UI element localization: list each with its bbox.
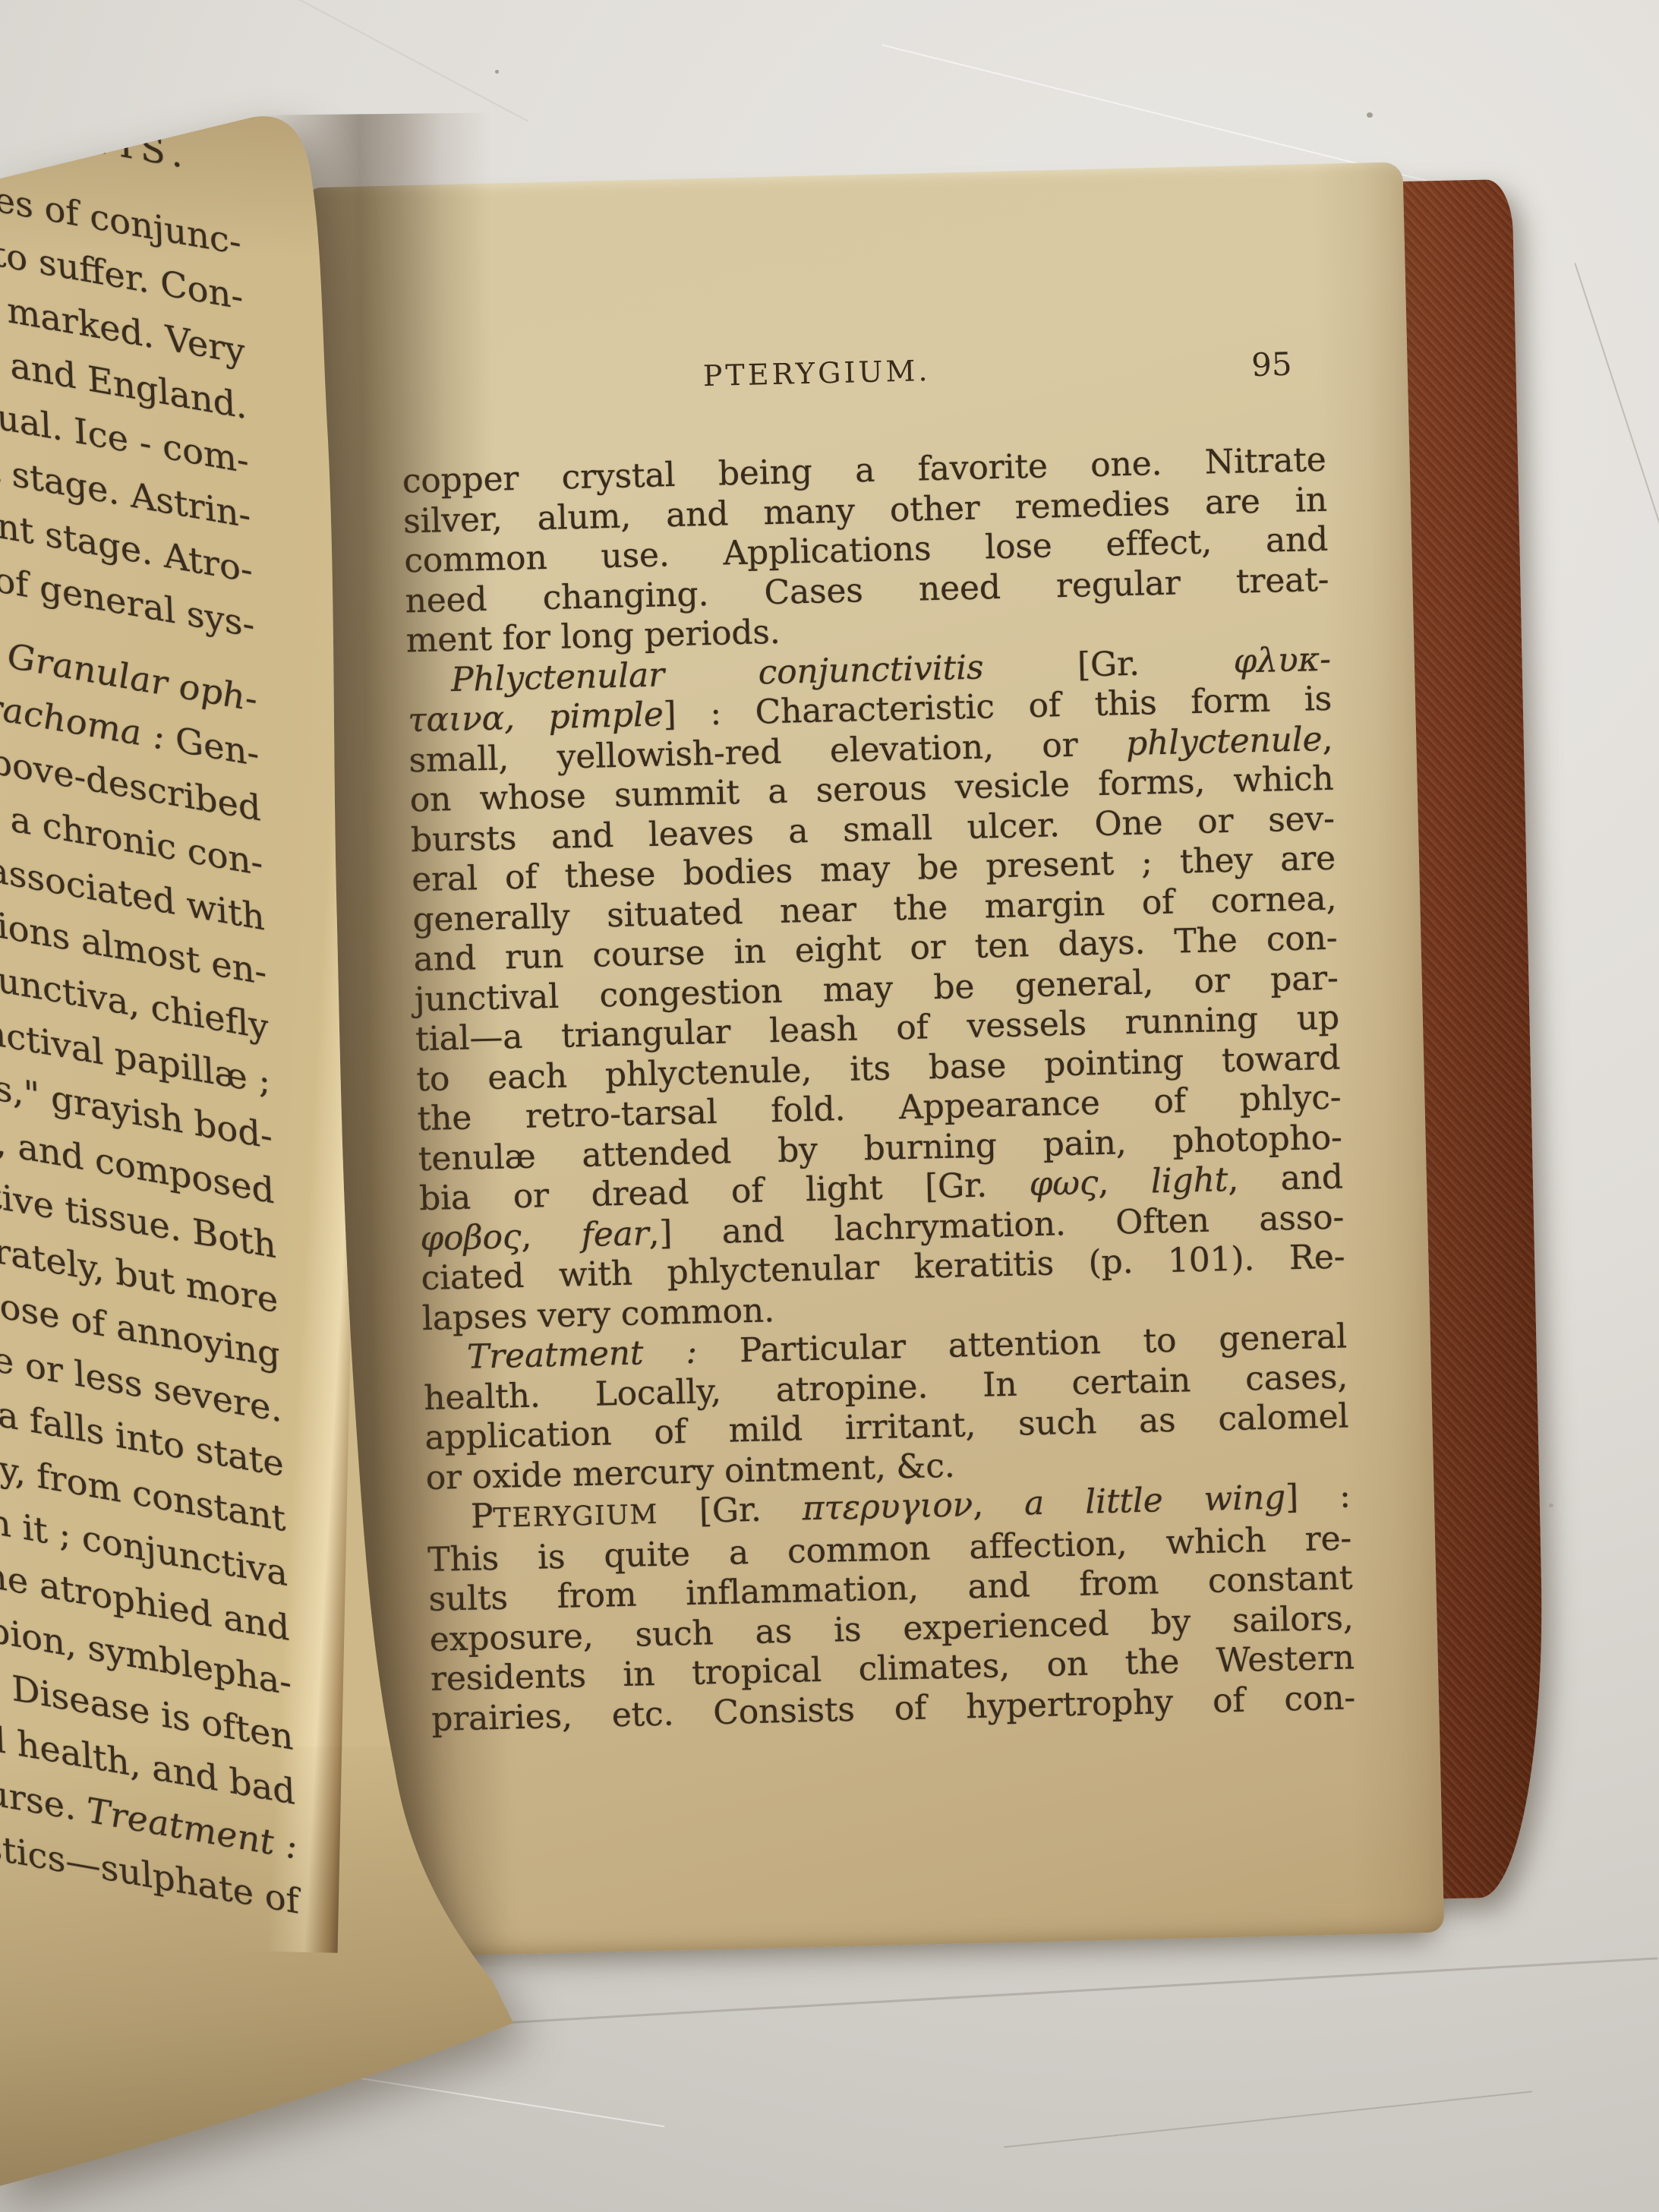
text-segment: Gen-: [163, 717, 259, 775]
left-running-head-fragment: CTIVITIS.: [0, 22, 191, 184]
text-segment: CTIVITIS.: [0, 92, 190, 178]
book-photo: PTERYGIUM. 95 copper crystal being a fav…: [0, 0, 1659, 2212]
left-page: CTIVITIS.d cicatrices of conjunc-nea apt…: [0, 0, 1659, 2212]
left-page-wrap: CTIVITIS.d cicatrices of conjunc-nea apt…: [0, 0, 1659, 2212]
